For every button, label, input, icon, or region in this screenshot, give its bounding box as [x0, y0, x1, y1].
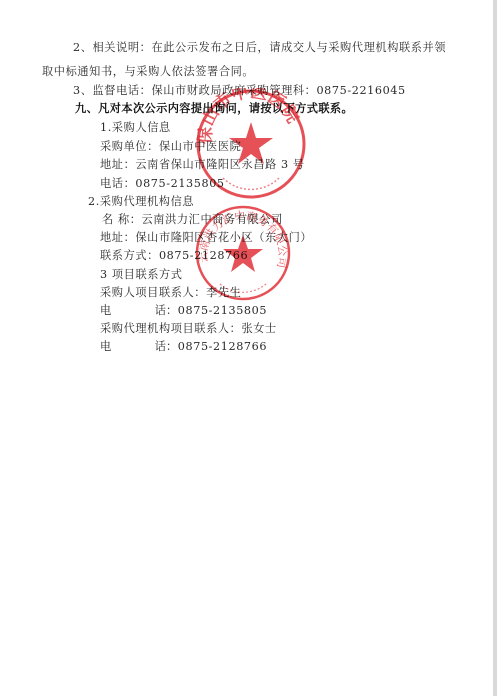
purchaser-heading: 1.采购人信息: [100, 121, 171, 135]
agency-project-contact: 采购代理机构项目联系人：张女士: [100, 322, 277, 336]
document-page: 2、相关说明：在此公示发布之日后，请成交人与采购代理机构联系并领 取中标通知书，…: [0, 0, 493, 696]
purchaser-phone: 电话：0875-2135805: [100, 177, 225, 191]
phone-value: ：0875-2135805: [166, 304, 267, 317]
item3-supervision-phone: 3、监督电话：保山市财政局政府采购管理科：0875-2216045: [73, 84, 406, 98]
agency-address: 地址：保山市隆阳区杏花小区（东大门）: [100, 231, 312, 245]
agency-name: 名 称：云南洪力汇中商务有限公司: [102, 213, 283, 227]
agency-contact: 联系方式：0875-2128766: [100, 249, 248, 263]
project-contacts-heading: 3 项目联系方式: [100, 268, 183, 282]
purchaser-project-phone: 电话：0875-2135805: [100, 304, 267, 318]
purchaser-project-contact: 采购人项目联系人：李先生: [100, 286, 241, 300]
item2-line2: 取中标通知书，与采购人依法签署合同。: [42, 65, 254, 79]
phone-label: 电话: [100, 304, 166, 318]
agency-heading: 2.采购代理机构信息: [88, 195, 194, 209]
section9-heading: 九、凡对本次公示内容提出询问，请按以下方式联系。: [75, 102, 353, 116]
page-edge: [493, 0, 497, 696]
purchaser-address: 地址：云南省保山市隆阳区永昌路 3 号: [100, 158, 305, 172]
agency-project-phone: 电话：0875-2128766: [100, 340, 267, 354]
purchaser-unit: 采购单位：保山市中医医院: [100, 140, 241, 154]
item2-line1: 2、相关说明：在此公示发布之日后，请成交人与采购代理机构联系并领: [73, 41, 446, 55]
phone-value: ：0875-2128766: [166, 340, 267, 353]
phone-label: 电话: [100, 340, 166, 354]
